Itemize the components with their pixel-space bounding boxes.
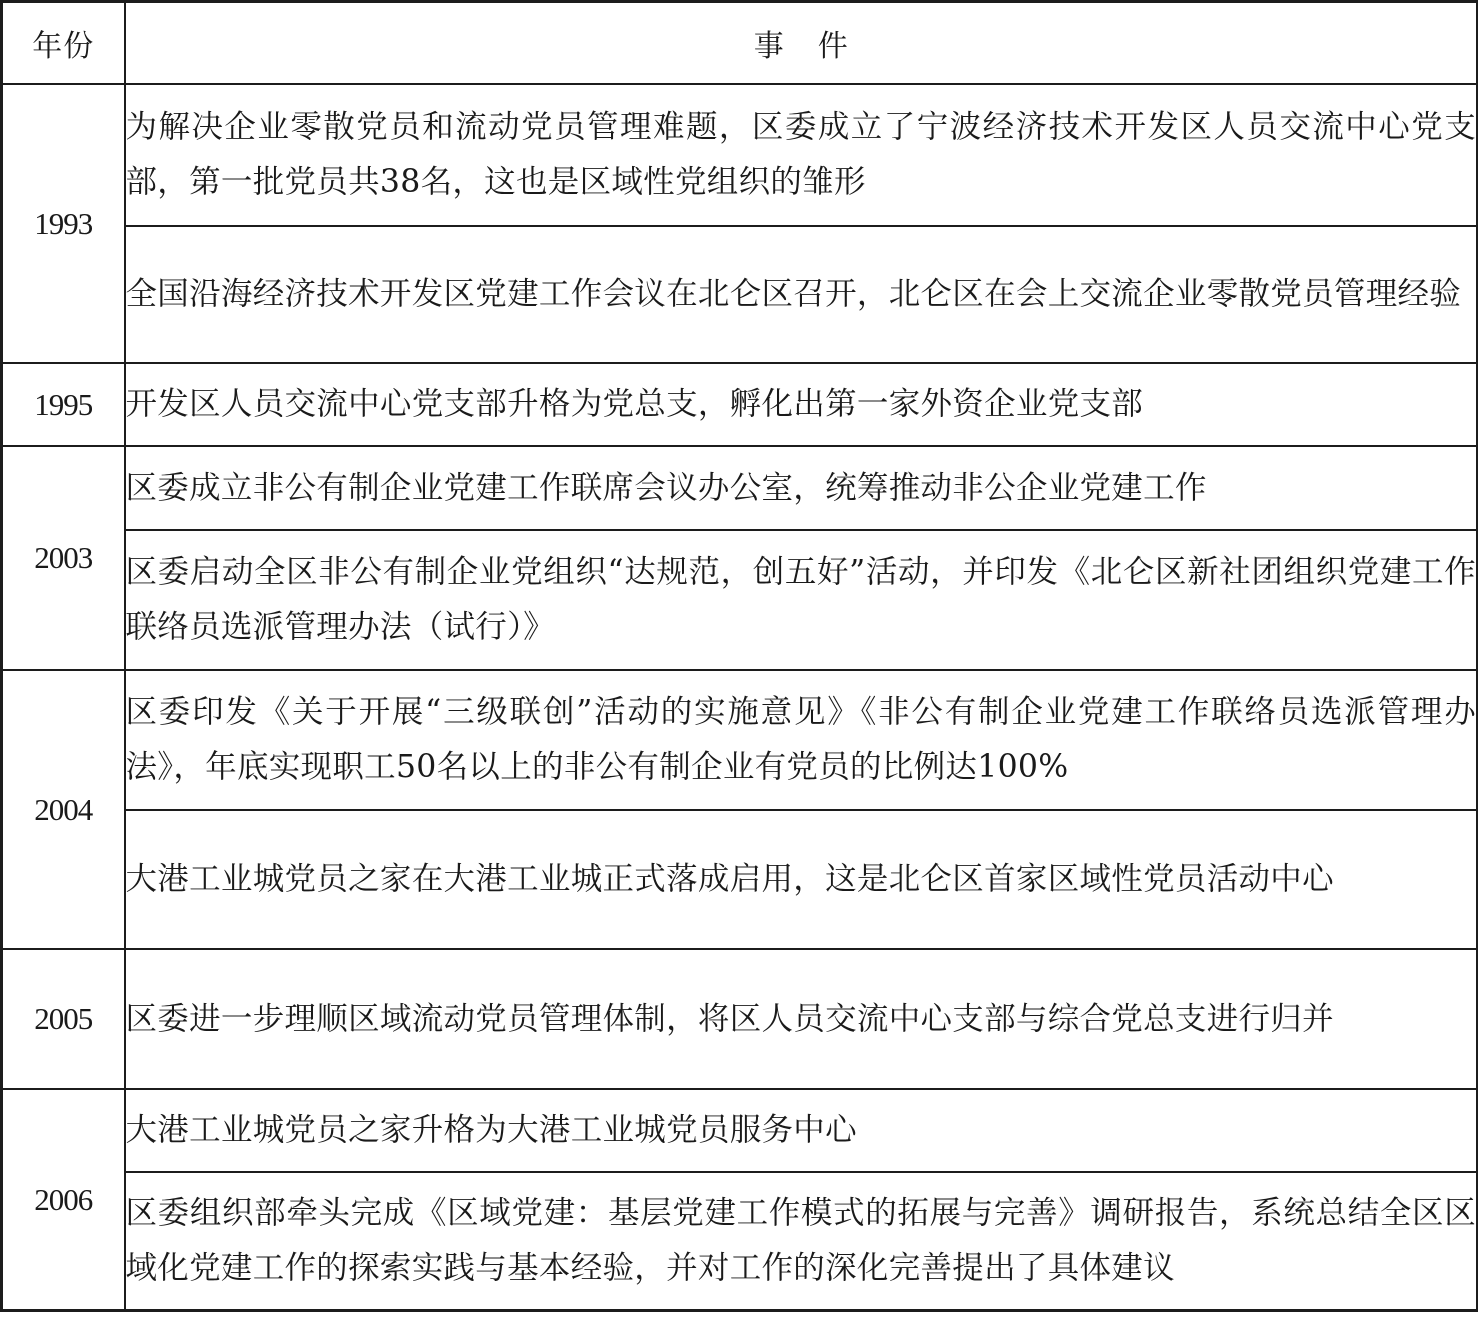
event-cell: 区委组织部牵头完成《区域党建：基层党建工作模式的拓展与完善》调研报告，系统总结全…	[125, 1172, 1478, 1311]
year-cell: 2006	[2, 1089, 125, 1311]
table-row: 2003 区委成立非公有制企业党建工作联席会议办公室，统筹推动非公企业党建工作	[2, 446, 1478, 530]
event-cell: 区委启动全区非公有制企业党组织“达规范，创五好”活动，并印发《北仑区新社团组织党…	[125, 530, 1478, 670]
table-row: 2004 区委印发《关于开展“三级联创”活动的实施意见》《非公有制企业党建工作联…	[2, 670, 1478, 810]
event-cell: 开发区人员交流中心党支部升格为党总支，孵化出第一家外资企业党支部	[125, 363, 1478, 446]
table-row: 1995 开发区人员交流中心党支部升格为党总支，孵化出第一家外资企业党支部	[2, 363, 1478, 446]
table-row: 区委启动全区非公有制企业党组织“达规范，创五好”活动，并印发《北仑区新社团组织党…	[2, 530, 1478, 670]
table-row: 2005 区委进一步理顺区域流动党员管理体制，将区人员交流中心支部与综合党总支进…	[2, 949, 1478, 1089]
event-cell: 区委印发《关于开展“三级联创”活动的实施意见》《非公有制企业党建工作联络员选派管…	[125, 670, 1478, 810]
column-header-year: 年份	[2, 2, 125, 85]
table-row: 区委组织部牵头完成《区域党建：基层党建工作模式的拓展与完善》调研报告，系统总结全…	[2, 1172, 1478, 1311]
column-header-event-part1: 事	[754, 29, 784, 64]
table-row: 2006 大港工业城党员之家升格为大港工业城党员服务中心	[2, 1089, 1478, 1172]
year-cell: 2003	[2, 446, 125, 670]
event-cell: 区委进一步理顺区域流动党员管理体制，将区人员交流中心支部与综合党总支进行归并	[125, 949, 1478, 1089]
table-row: 1993 为解决企业零散党员和流动党员管理难题，区委成立了宁波经济技术开发区人员…	[2, 84, 1478, 226]
event-cell: 区委成立非公有制企业党建工作联席会议办公室，统筹推动非公企业党建工作	[125, 446, 1478, 530]
event-cell: 大港工业城党员之家在大港工业城正式落成启用，这是北仑区首家区域性党员活动中心	[125, 810, 1478, 949]
event-cell: 为解决企业零散党员和流动党员管理难题，区委成立了宁波经济技术开发区人员交流中心党…	[125, 84, 1478, 226]
year-cell: 1993	[2, 84, 125, 363]
table-row: 全国沿海经济技术开发区党建工作会议在北仑区召开，北仑区在会上交流企业零散党员管理…	[2, 226, 1478, 363]
event-cell: 全国沿海经济技术开发区党建工作会议在北仑区召开，北仑区在会上交流企业零散党员管理…	[125, 226, 1478, 363]
header-row: 年份 事件	[2, 2, 1478, 85]
timeline-table: 年份 事件 1993 为解决企业零散党员和流动党员管理难题，区委成立了宁波经济技…	[0, 0, 1478, 1312]
table-row: 大港工业城党员之家在大港工业城正式落成启用，这是北仑区首家区域性党员活动中心	[2, 810, 1478, 949]
event-cell: 大港工业城党员之家升格为大港工业城党员服务中心	[125, 1089, 1478, 1172]
year-cell: 2005	[2, 949, 125, 1089]
year-cell: 2004	[2, 670, 125, 949]
column-header-event: 事件	[125, 2, 1478, 85]
year-cell: 1995	[2, 363, 125, 446]
column-header-event-part2: 件	[818, 29, 848, 64]
